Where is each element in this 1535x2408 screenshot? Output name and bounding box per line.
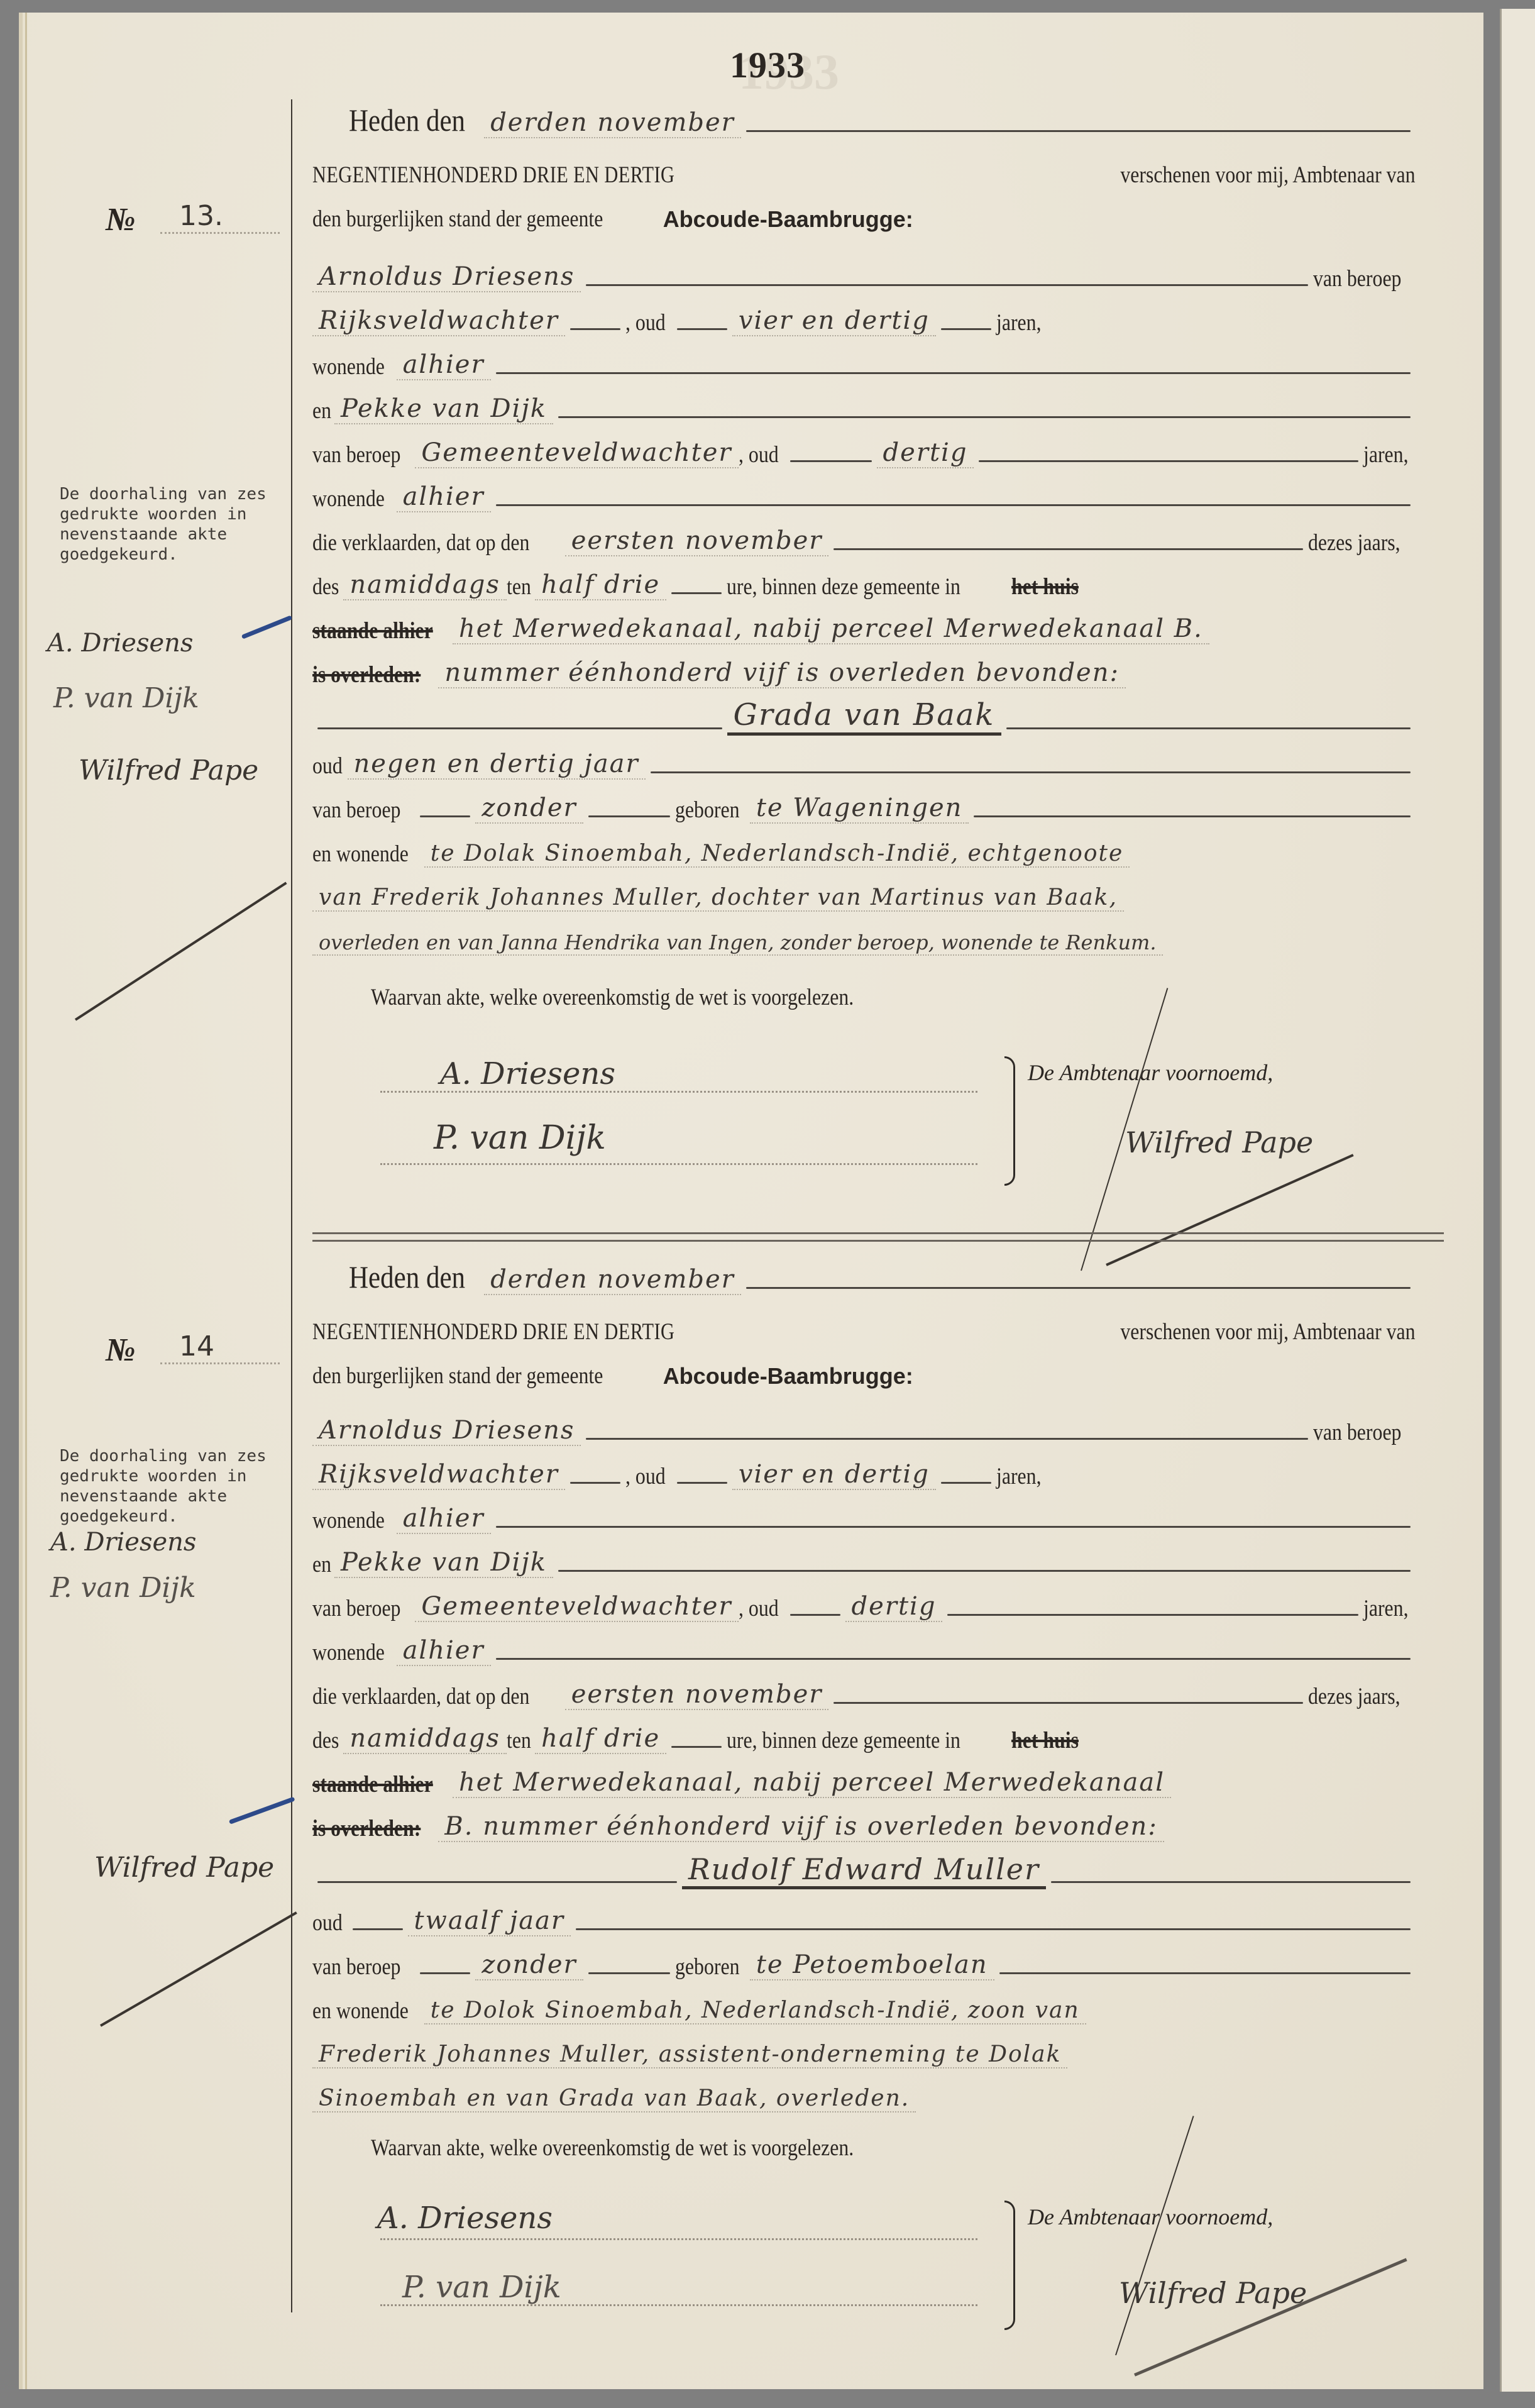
declarant1-occupation-line: Rijksveldwachter , oud vier en dertig ja…	[312, 292, 1416, 336]
deceased-occupation-line: van beroep zonder geboren te Wageningen	[312, 780, 1416, 824]
margin-signature-official: Wilfred Pape	[79, 754, 258, 787]
signature-line	[380, 1163, 977, 1165]
declarant1-residence: alhier	[397, 350, 491, 380]
van-beroep-label: van beroep	[312, 797, 400, 824]
dezes-jaars-text: dezes jaars,	[1308, 529, 1400, 556]
death-date-line: die verklaarden, dat op den eersten nove…	[312, 512, 1416, 556]
year-words-line: NEGENTIENHONDERD DRIE EN DERTIG verschen…	[312, 1301, 1416, 1345]
time-of-day: namiddags	[343, 1724, 507, 1754]
declarant2-residence-line: wonende alhier	[312, 1622, 1416, 1666]
oud-label: , oud	[739, 1595, 779, 1622]
declarant1-name: Arnoldus Driesens	[312, 1416, 581, 1446]
geboren-label: geboren	[675, 797, 739, 824]
jaren-label: jaren,	[1363, 1595, 1409, 1622]
municipality-line: den burgerlijken stand der gemeente Abco…	[312, 189, 1416, 233]
year-words-line: NEGENTIENHONDERD DRIE EN DERTIG verschen…	[312, 145, 1416, 189]
death-time: half drie	[535, 1724, 666, 1754]
en-label: en	[312, 1551, 331, 1578]
death-time-line: des namiddags ten half drie ure, binnen …	[312, 556, 1416, 600]
en-wonende-label: en wonende	[312, 1997, 409, 2024]
signature-line	[380, 2238, 977, 2240]
declarant1-occupation: Rijksveldwachter	[312, 306, 565, 336]
dezes-jaars-text: dezes jaars,	[1308, 1683, 1400, 1710]
residence-line2: Frederik Johannes Muller, assistent-onde…	[312, 2024, 1416, 2068]
deceased-name: Rudolf Edward Muller	[682, 1852, 1046, 1889]
declarant2-occupation-line: van beroep Gemeenteveldwachter , oud der…	[312, 1578, 1416, 1622]
declarant1-residence-line: wonende alhier	[312, 336, 1416, 380]
jaren-label: jaren,	[1363, 441, 1409, 468]
struck-het-huis: het huis	[1011, 573, 1079, 600]
closing-statement: Waarvan akte, welke overeenkomstig de we…	[371, 984, 854, 1011]
oud-label: , oud	[625, 309, 666, 336]
residence-line2: van Frederik Johannes Muller, dochter va…	[312, 868, 1416, 912]
heden-den-label: Heden den	[349, 1259, 465, 1295]
signature-declarant1: A. Driesens	[377, 2201, 553, 2236]
heden-den-label: Heden den	[349, 102, 465, 138]
oud-label: , oud	[739, 441, 779, 468]
birthplace: te Petoemboelan	[750, 1950, 994, 1980]
death-time: half drie	[535, 570, 666, 600]
van-beroep-label: van beroep	[1313, 1419, 1401, 1446]
location-line1: staande alhier het Merwedekanaal, nabij …	[312, 600, 1416, 644]
struck-is-overleden: is overleden:	[312, 1815, 421, 1842]
declarant1-line: Arnoldus Driesens van beroep	[312, 1402, 1416, 1446]
entry-number-label: №	[106, 1332, 136, 1369]
oud-label: oud	[312, 1909, 343, 1936]
margin-note: De doorhaling van zes gedrukte woorden i…	[60, 1446, 286, 1527]
residence-line1: en wonende te Dolok Sinoembah, Nederland…	[312, 1980, 1416, 2024]
wonende-label: wonende	[312, 1507, 385, 1534]
declarant1-line: Arnoldus Driesens van beroep	[312, 248, 1416, 292]
municipality-name: Abcoude-Baambrugge:	[663, 206, 913, 233]
declarant2-residence: alhier	[397, 1636, 491, 1666]
burgerlijken-text: den burgerlijken stand der gemeente	[312, 206, 603, 233]
oud-label: , oud	[625, 1463, 666, 1490]
heden-line: Heden den derden november	[349, 1251, 1416, 1295]
time-of-day: namiddags	[343, 570, 507, 600]
struck-staande-alhier: staande alhier	[312, 617, 433, 644]
declarant2-residence-line: wonende alhier	[312, 468, 1416, 512]
van-beroep-label: van beroep	[312, 1595, 400, 1622]
residence-line2-text: van Frederik Johannes Muller, dochter va…	[312, 885, 1124, 912]
declarant2-line: en Pekke van Dijk	[312, 380, 1416, 424]
declarant1-occupation: Rijksveldwachter	[312, 1460, 565, 1490]
closing-statement: Waarvan akte, welke overeenkomstig de we…	[371, 2135, 854, 2162]
signature-official: Wilfred Pape	[1119, 2276, 1307, 2310]
residence-line3: Sinoembah en van Grada van Baak, overled…	[312, 2068, 1416, 2113]
deceased-occupation-line: van beroep zonder geboren te Petoemboela…	[312, 1936, 1416, 1980]
declarant1-age: vier en dertig	[732, 1460, 936, 1490]
wonende-label: wonende	[312, 353, 385, 380]
margin-signature-official: Wilfred Pape	[94, 1852, 274, 1884]
burgerlijken-text: den burgerlijken stand der gemeente	[312, 1362, 603, 1389]
deceased-age-line: oud negen en dertig jaar	[312, 736, 1416, 780]
next-page-edge	[1500, 9, 1535, 2392]
death-date: eersten november	[565, 1680, 829, 1710]
residence-line3-text: Sinoembah en van Grada van Baak, overled…	[312, 2085, 916, 2113]
die-verklaarden-text: die verklaarden, dat op den	[312, 1683, 529, 1710]
verschenen-text: verschenen voor mij, Ambtenaar van	[1121, 1318, 1416, 1345]
declarant1-residence: alhier	[397, 1504, 491, 1534]
residence-line1: en wonende te Dolak Sinoembah, Nederland…	[312, 824, 1416, 868]
die-verklaarden-text: die verklaarden, dat op den	[312, 529, 529, 556]
deceased-name-line: Grada van Baak	[312, 692, 1416, 736]
deceased-age-line: oud twaalf jaar	[312, 1892, 1416, 1936]
municipality-line: den burgerlijken stand der gemeente Abco…	[312, 1345, 1416, 1389]
official-label: De Ambtenaar voornoemd,	[1028, 1059, 1273, 1086]
entry-divider	[312, 1232, 1444, 1242]
jaren-label: jaren,	[996, 1463, 1042, 1490]
ten-label: ten	[507, 1727, 531, 1754]
death-date-line: die verklaarden, dat op den eersten nove…	[312, 1666, 1416, 1710]
year-words: NEGENTIENHONDERD DRIE EN DERTIG	[312, 162, 674, 189]
oud-label: oud	[312, 753, 343, 780]
struck-het-huis: het huis	[1011, 1727, 1079, 1754]
official-label: De Ambtenaar voornoemd,	[1028, 2204, 1273, 2230]
geboren-label: geboren	[675, 1953, 739, 1980]
death-time-line: des namiddags ten half drie ure, binnen …	[312, 1710, 1416, 1754]
des-label: des	[312, 573, 339, 600]
signature-line	[380, 2304, 977, 2306]
jaren-label: jaren,	[996, 309, 1042, 336]
municipality-name: Abcoude-Baambrugge:	[663, 1363, 913, 1389]
deceased-occupation: zonder	[475, 793, 583, 824]
declarant2-line: en Pekke van Dijk	[312, 1534, 1416, 1578]
declarant1-residence-line: wonende alhier	[312, 1490, 1416, 1534]
margin-note: De doorhaling van zes gedrukte woorden i…	[60, 484, 286, 565]
ure-binnen-text: ure, binnen deze gemeente in	[727, 1727, 960, 1754]
wonende-label: wonende	[312, 485, 385, 512]
declarant2-name: Pekke van Dijk	[334, 394, 553, 424]
entry-number-label: №	[106, 201, 136, 238]
van-beroep-label: van beroep	[1313, 265, 1401, 292]
declarant2-occupation-line: van beroep Gemeenteveldwachter , oud der…	[312, 424, 1416, 468]
margin-signature-declarant2: P. van Dijk	[50, 1572, 196, 1604]
declarant1-name: Arnoldus Driesens	[312, 262, 581, 292]
entry-number: 14	[160, 1330, 280, 1364]
signature-official: Wilfred Pape	[1125, 1125, 1313, 1159]
residence-line3: overleden en van Janna Hendrika van Inge…	[312, 912, 1416, 956]
date-written: derden november	[484, 108, 741, 138]
residence-line3-text: overleden en van Janna Hendrika van Inge…	[312, 931, 1163, 956]
location-line1-text: het Merwedekanaal, nabij perceel Merwede…	[453, 1768, 1171, 1798]
declarant2-age: dertig	[845, 1592, 943, 1622]
deceased-age: twaalf jaar	[408, 1906, 571, 1936]
deceased-occupation: zonder	[475, 1950, 583, 1980]
location-line2-text: nummer éénhonderd vijf is overleden bevo…	[438, 658, 1126, 688]
declarant2-occupation: Gemeenteveldwachter	[415, 1592, 738, 1622]
death-date: eersten november	[565, 526, 829, 556]
declarant1-age: vier en dertig	[732, 306, 936, 336]
deceased-age: negen en dertig jaar	[348, 749, 646, 780]
deceased-name-line: Rudolf Edward Muller	[312, 1845, 1416, 1889]
ure-binnen-text: ure, binnen deze gemeente in	[727, 573, 960, 600]
page-year: 1933	[0, 44, 1535, 86]
verschenen-text: verschenen voor mij, Ambtenaar van	[1121, 162, 1416, 189]
declarant2-age: dertig	[877, 438, 974, 468]
date-written: derden november	[484, 1265, 741, 1295]
margin-signature-declarant2: P. van Dijk	[53, 682, 199, 714]
struck-is-overleden: is overleden:	[312, 661, 421, 688]
deceased-name: Grada van Baak	[727, 697, 1001, 736]
declarant1-occupation-line: Rijksveldwachter , oud vier en dertig ja…	[312, 1446, 1416, 1490]
signature-declarant1: A. Driesens	[440, 1056, 615, 1091]
birthplace: te Wageningen	[750, 793, 969, 824]
margin-signature-declarant1: A. Driesens	[47, 629, 193, 658]
signature-brace	[1004, 2201, 1015, 2330]
residence-line1-text: te Dolak Sinoembah, Nederlandsch-Indië, …	[424, 841, 1130, 868]
declarant2-residence: alhier	[397, 482, 491, 512]
signature-line	[380, 1091, 977, 1093]
struck-staande-alhier: staande alhier	[312, 1771, 433, 1798]
van-beroep-label: van beroep	[312, 441, 400, 468]
signature-declarant2: P. van Dijk	[402, 2270, 561, 2305]
location-line1: staande alhier het Merwedekanaal, nabij …	[312, 1754, 1416, 1798]
en-label: en	[312, 397, 331, 424]
entry-number: 13.	[160, 200, 280, 234]
en-wonende-label: en wonende	[312, 841, 409, 868]
des-label: des	[312, 1727, 339, 1754]
location-line2: is overleden: B. nummer éénhonderd vijf …	[312, 1798, 1416, 1842]
margin-signature-declarant1: A. Driesens	[50, 1528, 196, 1557]
van-beroep-label: van beroep	[312, 1953, 400, 1980]
signature-brace	[1004, 1056, 1015, 1186]
signature-declarant2: P. van Dijk	[434, 1119, 606, 1157]
wonende-label: wonende	[312, 1639, 385, 1666]
margin-rule	[291, 99, 292, 2312]
residence-line2-text: Frederik Johannes Muller, assistent-onde…	[312, 2041, 1067, 2068]
declarant2-name: Pekke van Dijk	[334, 1548, 553, 1578]
declarant2-occupation: Gemeenteveldwachter	[415, 438, 738, 468]
heden-line: Heden den derden november	[349, 94, 1416, 138]
residence-line1-text: te Dolok Sinoembah, Nederlandsch-Indië, …	[424, 1997, 1086, 2024]
ten-label: ten	[507, 573, 531, 600]
location-line2: is overleden: nummer éénhonderd vijf is …	[312, 644, 1416, 688]
location-line1-text: het Merwedekanaal, nabij perceel Merwede…	[453, 614, 1209, 644]
location-line2-text: B. nummer éénhonderd vijf is overleden b…	[438, 1812, 1164, 1842]
year-words: NEGENTIENHONDERD DRIE EN DERTIG	[312, 1318, 674, 1345]
